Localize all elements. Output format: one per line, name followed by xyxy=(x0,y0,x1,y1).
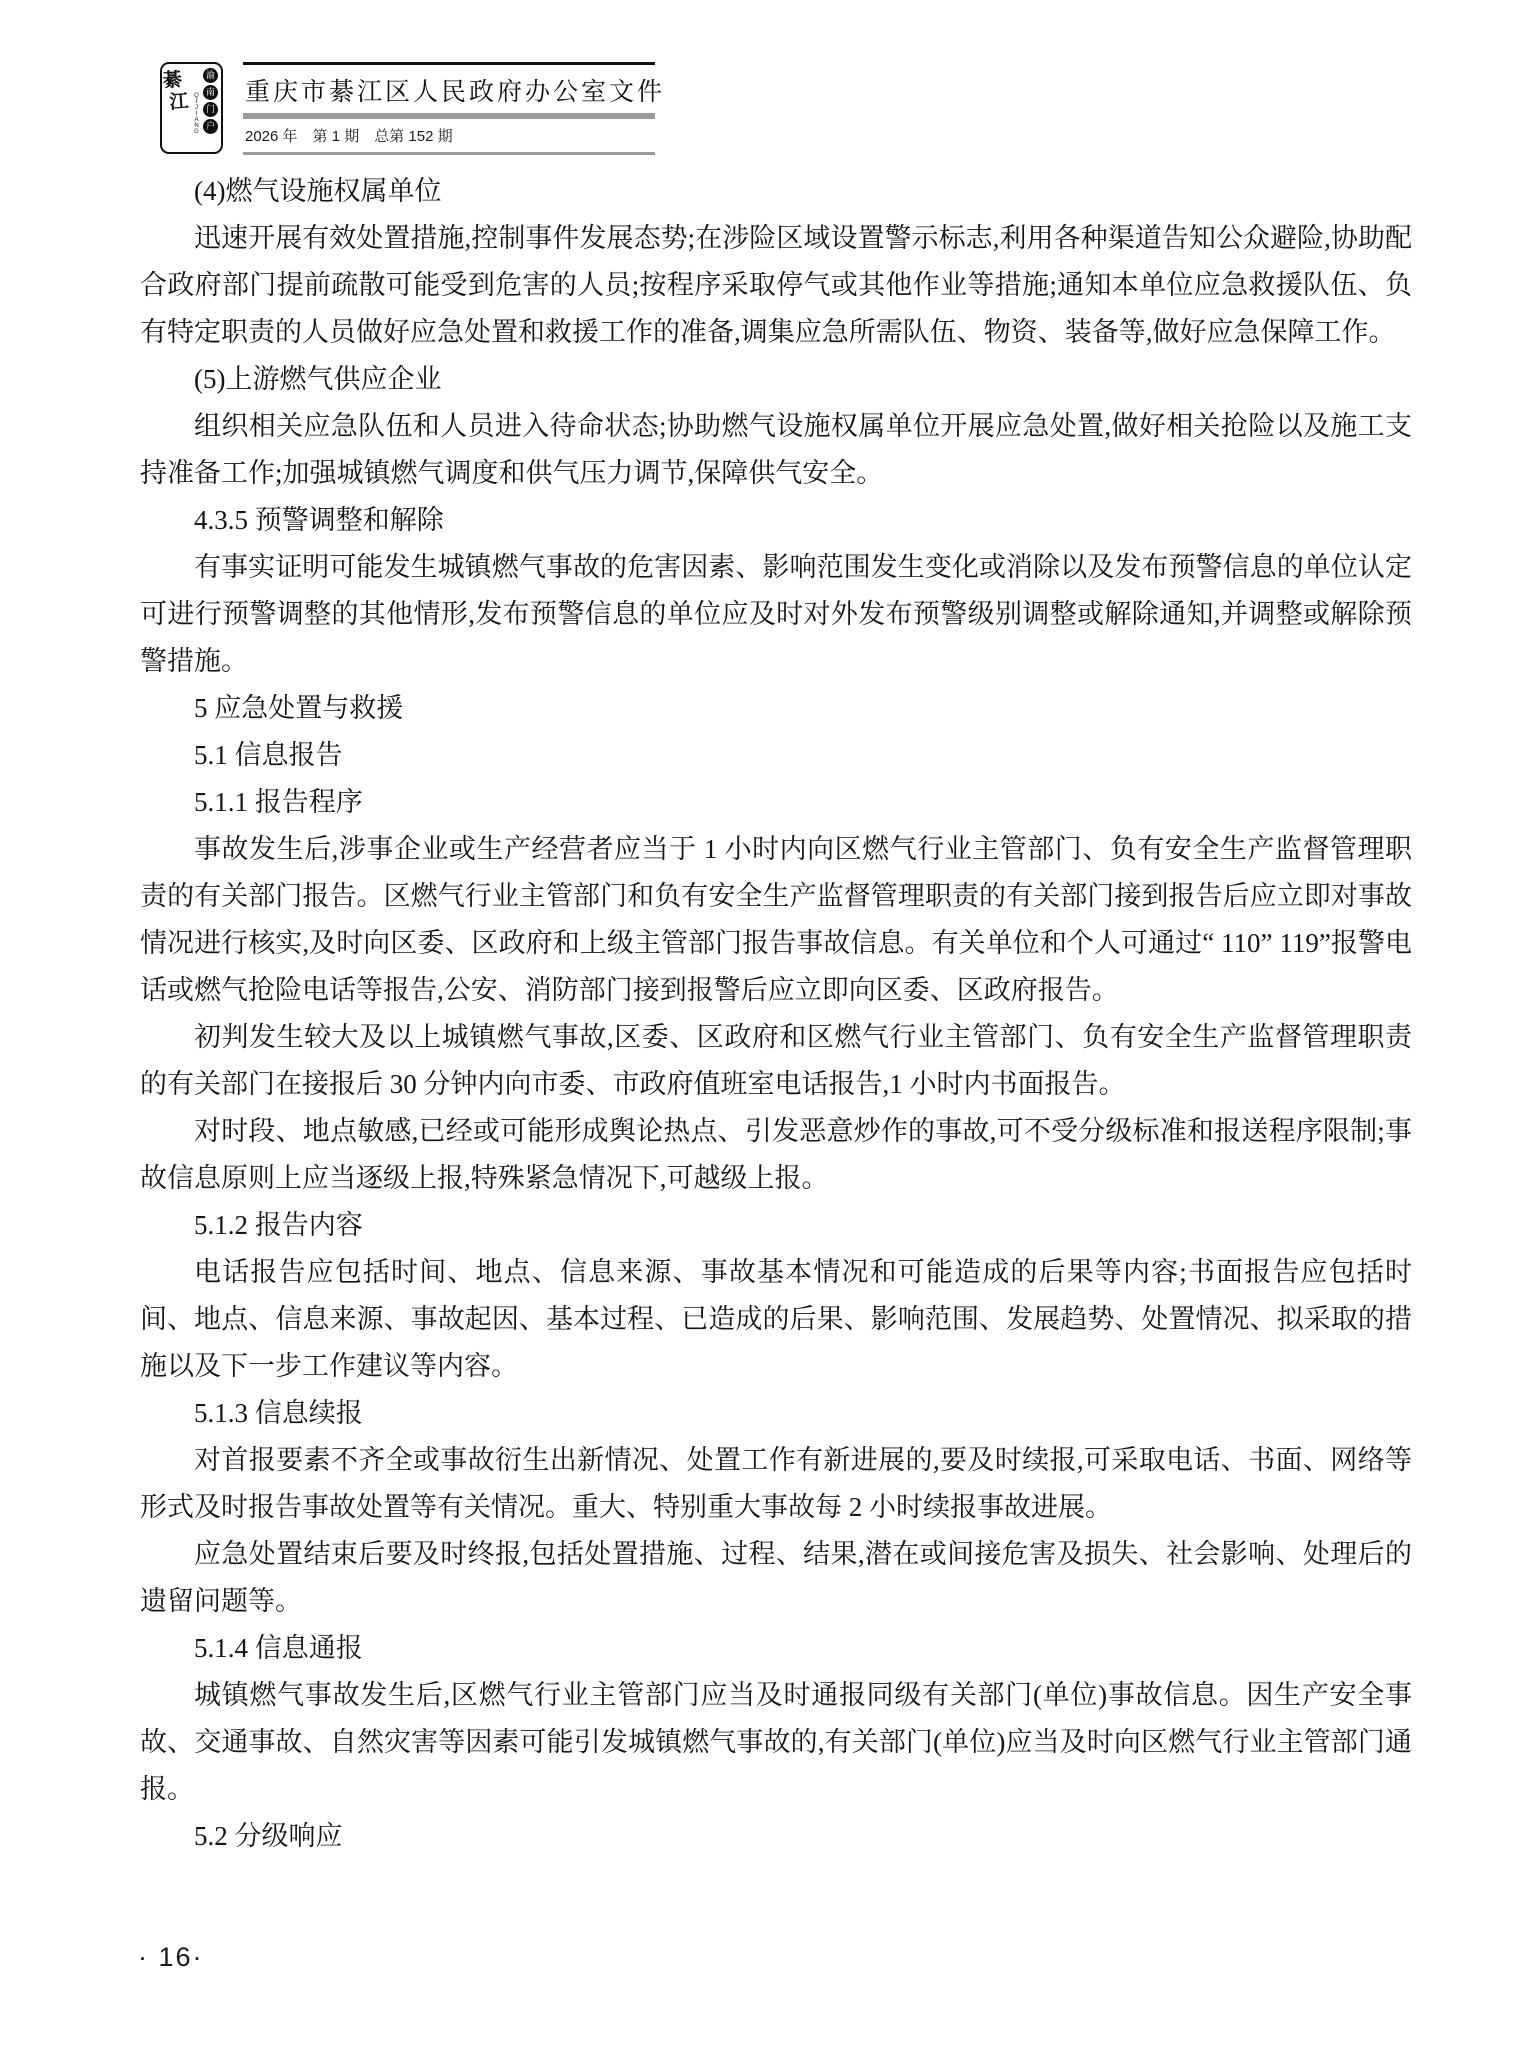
logo-pinyin: QIJIANG xyxy=(193,93,200,149)
logo-char-1: 綦 xyxy=(162,70,187,92)
document-title: 重庆市綦江区人民政府办公室文件 xyxy=(243,65,655,113)
qijiang-logo: 綦 江 QIJIANG 渝 南 门 户 xyxy=(160,62,223,154)
body-paragraph: 初判发生较大及以上城镇燃气事故,区委、区政府和区燃气行业主管部门、负有安全生产监… xyxy=(140,1014,1412,1108)
section-heading: 4.3.5 预警调整和解除 xyxy=(140,497,1412,544)
seal-icon: 南 xyxy=(203,85,218,100)
logo-name-characters: 綦 江 xyxy=(162,70,191,149)
masthead-rule-bottom xyxy=(243,152,655,155)
body-paragraph: 组织相关应急队伍和人员进入待命状态;协助燃气设施权属单位开展应急处置,做好相关抢… xyxy=(140,403,1412,497)
body-paragraph: 对时段、地点敏感,已经或可能形成舆论热点、引发恶意炒作的事故,可不受分级标准和报… xyxy=(140,1108,1412,1202)
section-heading: 5.1.2 报告内容 xyxy=(140,1202,1412,1249)
section-heading: (4)燃气设施权属单位 xyxy=(140,168,1412,215)
document-body: (4)燃气设施权属单位迅速开展有效处置措施,控制事件发展态势;在涉险区域设置警示… xyxy=(140,168,1412,1860)
document-page: 綦 江 QIJIANG 渝 南 门 户 重庆市綦江区人民政府办公室文件 2026… xyxy=(0,0,1530,2062)
seal-icon: 户 xyxy=(203,119,218,134)
section-heading: 5.1.3 信息续报 xyxy=(140,1390,1412,1437)
body-paragraph: 应急处置结束后要及时终报,包括处置措施、过程、结果,潜在或间接危害及损失、社会影… xyxy=(140,1531,1412,1625)
body-paragraph: 迅速开展有效处置措施,控制事件发展态势;在涉险区域设置警示标志,利用各种渠道告知… xyxy=(140,215,1412,356)
section-heading: 5.1.4 信息通报 xyxy=(140,1625,1412,1672)
section-heading: (5)上游燃气供应企业 xyxy=(140,356,1412,403)
page-number: · 16· xyxy=(138,1942,204,1973)
section-heading: 5 应急处置与救援 xyxy=(140,685,1412,732)
logo-seal-icons: 渝 南 门 户 xyxy=(203,68,218,149)
section-heading: 5.1 信息报告 xyxy=(140,732,1412,779)
body-paragraph: 对首报要素不齐全或事故衍生出新情况、处置工作有新进展的,要及时续报,可采取电话、… xyxy=(140,1437,1412,1531)
body-paragraph: 城镇燃气事故发生后,区燃气行业主管部门应当及时通报同级有关部门(单位)事故信息。… xyxy=(140,1672,1412,1813)
logo-char-2: 江 xyxy=(169,92,189,113)
masthead-title-block: 重庆市綦江区人民政府办公室文件 2026 年 第 1 期 总第 152 期 xyxy=(243,62,655,155)
issue-line: 2026 年 第 1 期 总第 152 期 xyxy=(243,119,655,152)
body-paragraph: 事故发生后,涉事企业或生产经营者应当于 1 小时内向区燃气行业主管部门、负有安全… xyxy=(140,826,1412,1014)
body-paragraph: 有事实证明可能发生城镇燃气事故的危害因素、影响范围发生变化或消除以及发布预警信息… xyxy=(140,544,1412,685)
masthead: 綦 江 QIJIANG 渝 南 门 户 重庆市綦江区人民政府办公室文件 2026… xyxy=(160,62,655,155)
section-heading: 5.1.1 报告程序 xyxy=(140,779,1412,826)
body-paragraph: 电话报告应包括时间、地点、信息来源、事故基本情况和可能造成的后果等内容;书面报告… xyxy=(140,1249,1412,1390)
section-heading: 5.2 分级响应 xyxy=(140,1813,1412,1860)
seal-icon: 门 xyxy=(203,102,218,117)
seal-icon: 渝 xyxy=(203,68,218,83)
